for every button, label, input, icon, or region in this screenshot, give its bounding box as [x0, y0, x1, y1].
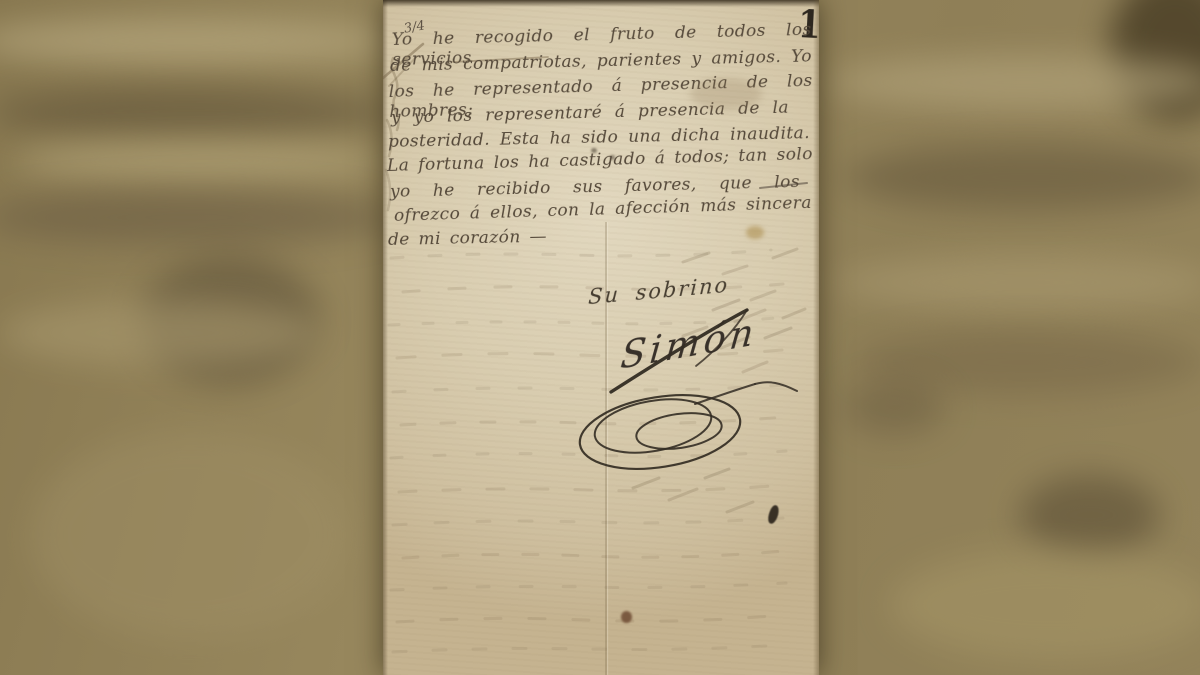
background-smudge	[0, 190, 395, 245]
background-smudge	[845, 380, 945, 435]
background-smudge	[0, 18, 400, 64]
background-smudge	[1020, 475, 1160, 555]
background-smudge	[15, 142, 385, 180]
background-smudge	[828, 55, 1200, 110]
paper-stain	[610, 155, 615, 160]
paper-stain	[621, 611, 632, 623]
paper-stain	[690, 78, 762, 110]
manuscript-page: 3/4 1 Yo he recogido el fruto de todos l…	[383, 0, 819, 675]
background-smudge	[0, 300, 320, 366]
background-smudge	[845, 145, 1200, 210]
background-smudge	[890, 550, 1200, 660]
background-smudge	[0, 86, 390, 138]
paper-stain	[746, 226, 764, 239]
background-smudge	[30, 430, 350, 640]
photograph: 3/4 1 Yo he recogido el fruto de todos l…	[0, 0, 1200, 675]
paper-stain	[591, 148, 597, 153]
background-smudge	[835, 255, 1200, 310]
